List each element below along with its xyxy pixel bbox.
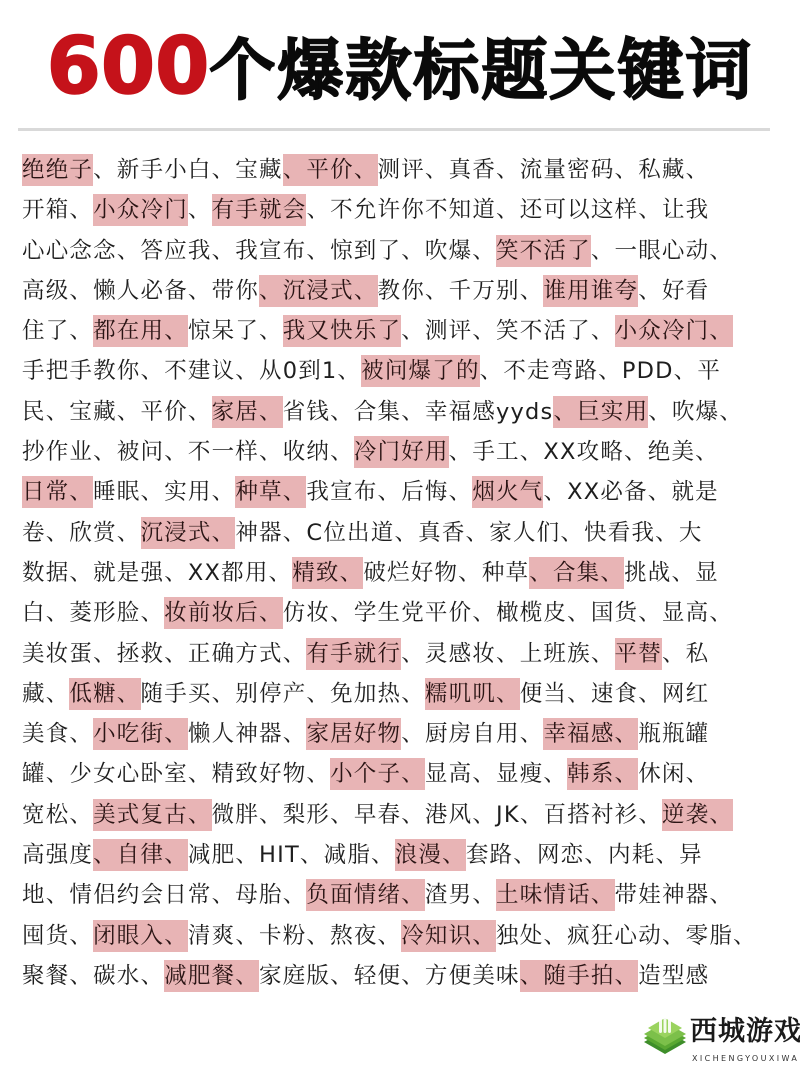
highlighted-keyword: 绝绝子: [22, 154, 93, 186]
keyword-text: 减肥、HIT、减脂、: [188, 839, 395, 871]
keyword-text: 高级、懒人必备、带你: [22, 275, 259, 307]
keyword-text: 聚餐、碳水、: [22, 960, 164, 992]
keyword-text: 、私: [662, 638, 709, 670]
keyword-text: 、手工、XX攻略、绝美、: [449, 436, 719, 468]
highlighted-keyword: 日常、: [22, 476, 93, 508]
keyword-text: 家庭版、轻便、方便美味: [259, 960, 520, 992]
highlighted-keyword: 、沉浸式、: [259, 275, 378, 307]
keyword-text: 、测评、笑不活了、: [401, 315, 614, 347]
keyword-text: 高强度: [22, 839, 93, 871]
highlighted-keyword: 、合集、: [529, 557, 624, 589]
highlighted-keyword: 种草、: [235, 476, 306, 508]
keyword-line: 美食、小吃街、懒人神器、家居好物、厨房自用、幸福感、瓶瓶罐: [22, 714, 782, 754]
keyword-text: 囤货、: [22, 920, 93, 952]
keyword-line: 宽松、美式复古、微胖、梨形、早春、港风、JK、百搭衬衫、逆袭、: [22, 795, 782, 835]
keyword-text: 休闲、: [638, 758, 709, 790]
highlighted-keyword: 闭眼入、: [93, 920, 188, 952]
keyword-text: 、好看: [638, 275, 709, 307]
keyword-text: 、吹爆、: [648, 396, 743, 428]
keyword-text: 、XX必备、就是: [543, 476, 718, 508]
highlighted-keyword: 、自律、: [93, 839, 188, 871]
keyword-text: 挑战、显: [624, 557, 719, 589]
keyword-line: 藏、低糖、随手买、别停产、免加热、糯叽叽、便当、速食、网红: [22, 674, 782, 714]
keyword-text: 数据、就是强、XX都用、: [22, 557, 292, 589]
title-divider: [18, 128, 770, 131]
highlighted-keyword: 被问爆了的: [361, 355, 480, 387]
highlighted-keyword: 冷知识、: [401, 920, 496, 952]
keyword-text: 地、情侣约会日常、母胎、: [22, 879, 306, 911]
keyword-text: 民、宝藏、平价、: [22, 396, 212, 428]
highlighted-keyword: 小个子、: [330, 758, 425, 790]
keyword-text: 便当、速食、网红: [520, 678, 710, 710]
keyword-text: 我宣布、后悔、: [306, 476, 472, 508]
keyword-text: 独处、疯狂心动、零脂、: [496, 920, 757, 952]
grain-logo-icon: [642, 1016, 688, 1062]
highlighted-keyword: 谁用谁夸: [543, 275, 638, 307]
highlighted-keyword: 低糖、: [69, 678, 140, 710]
highlighted-keyword: 我又快乐了: [283, 315, 402, 347]
highlighted-keyword: 小众冷门: [93, 194, 188, 226]
keyword-text: 懒人神器、: [188, 718, 307, 750]
highlighted-keyword: 逆袭、: [662, 799, 733, 831]
keyword-text: 宽松、: [22, 799, 93, 831]
keyword-line: 开箱、小众冷门、有手就会、不允许你不知道、还可以这样、让我: [22, 190, 782, 230]
highlighted-keyword: 平替: [615, 638, 662, 670]
highlighted-keyword: 有手就行: [306, 638, 401, 670]
keyword-line: 高级、懒人必备、带你、沉浸式、教你、千万别、谁用谁夸、好看: [22, 271, 782, 311]
keyword-text: 开箱、: [22, 194, 93, 226]
keyword-text: 造型感: [638, 960, 709, 992]
highlighted-keyword: 都在用、: [93, 315, 188, 347]
keyword-text: 套路、网恋、内耗、异: [466, 839, 703, 871]
keyword-text: 罐、少女心卧室、精致好物、: [22, 758, 330, 790]
highlighted-keyword: 美式复古、: [93, 799, 212, 831]
keyword-line: 聚餐、碳水、减肥餐、家庭版、轻便、方便美味、随手拍、造型感: [22, 956, 782, 996]
highlighted-keyword: 、平价、: [283, 154, 378, 186]
watermark: 西城游戏网 XICHENGYOUXIWANG: [640, 1010, 800, 1075]
keyword-text: 破烂好物、种草: [363, 557, 529, 589]
keyword-line: 地、情侣约会日常、母胎、负面情绪、渣男、土味情话、带娃神器、: [22, 875, 782, 915]
keyword-line: 高强度、自律、减肥、HIT、减脂、浪漫、套路、网恋、内耗、异: [22, 835, 782, 875]
keyword-line: 罐、少女心卧室、精致好物、小个子、显高、显瘦、韩系、休闲、: [22, 754, 782, 794]
keyword-line: 白、菱形脸、妆前妆后、仿妆、学生党平价、橄榄皮、国货、显高、: [22, 593, 782, 633]
keyword-line: 数据、就是强、XX都用、精致、破烂好物、种草、合集、挑战、显: [22, 553, 782, 593]
keyword-text: 教你、千万别、: [378, 275, 544, 307]
highlighted-keyword: 减肥餐、: [164, 960, 259, 992]
keyword-text: 仿妆、学生党平价、橄榄皮、国货、显高、: [283, 597, 733, 629]
keyword-text: 、不走弯路、PDD、平: [480, 355, 721, 387]
highlighted-keyword: 浪漫、: [395, 839, 466, 871]
keyword-text: 美妆蛋、拯救、正确方式、: [22, 638, 306, 670]
keyword-text: 卷、欣赏、: [22, 517, 141, 549]
keyword-text: 白、菱形脸、: [22, 597, 164, 629]
keyword-text: 、厨房自用、: [401, 718, 543, 750]
keyword-line: 抄作业、被问、不一样、收纳、冷门好用、手工、XX攻略、绝美、: [22, 432, 782, 472]
highlighted-keyword: 有手就会: [212, 194, 307, 226]
keyword-text: 微胖、梨形、早春、港风、JK、百搭衬衫、: [212, 799, 662, 831]
keyword-text: 藏、: [22, 678, 69, 710]
page-title: 600个爆款标题关键词: [0, 22, 800, 116]
keyword-line: 手把手教你、不建议、从0到1、被问爆了的、不走弯路、PDD、平: [22, 351, 782, 391]
highlighted-keyword: 幸福感、: [543, 718, 638, 750]
keyword-text: 、一眼心动、: [591, 235, 733, 267]
keyword-line: 绝绝子、新手小白、宝藏、平价、测评、真香、流量密码、私藏、: [22, 150, 782, 190]
keyword-text: 抄作业、被问、不一样、收纳、: [22, 436, 354, 468]
keyword-text: 带娃神器、: [615, 879, 734, 911]
keyword-text: 手把手教你、不建议、从0到1、: [22, 355, 361, 387]
watermark-name: 西城游戏网: [690, 1016, 800, 1048]
keyword-line: 囤货、闭眼入、清爽、卡粉、熬夜、冷知识、独处、疯狂心动、零脂、: [22, 916, 782, 956]
keyword-line: 卷、欣赏、沉浸式、神器、C位出道、真香、家人们、快看我、大: [22, 513, 782, 553]
highlighted-keyword: 糯叽叽、: [425, 678, 520, 710]
highlighted-keyword: 、随手拍、: [520, 960, 639, 992]
keyword-text: 省钱、合集、幸福感yyds: [283, 396, 554, 428]
keyword-text: 睡眠、实用、: [93, 476, 235, 508]
keyword-text: 瓶瓶罐: [638, 718, 709, 750]
keyword-text: 随手买、别停产、免加热、: [141, 678, 425, 710]
keyword-text: 显高、显瘦、: [425, 758, 567, 790]
highlighted-keyword: 负面情绪、: [306, 879, 425, 911]
keyword-list: 绝绝子、新手小白、宝藏、平价、测评、真香、流量密码、私藏、开箱、小众冷门、有手就…: [22, 150, 782, 996]
highlighted-keyword: 精致、: [292, 557, 363, 589]
keyword-line: 日常、睡眠、实用、种草、我宣布、后悔、烟火气、XX必备、就是: [22, 472, 782, 512]
highlighted-keyword: 冷门好用: [354, 436, 449, 468]
highlighted-keyword: 家居好物: [306, 718, 401, 750]
keyword-text: 、灵感妆、上班族、: [401, 638, 614, 670]
highlighted-keyword: 土味情话、: [496, 879, 615, 911]
title-text: 个爆款标题关键词: [209, 32, 753, 109]
keyword-text: 美食、: [22, 718, 93, 750]
watermark-pinyin: XICHENGYOUXIWANG: [692, 1054, 800, 1063]
keyword-line: 美妆蛋、拯救、正确方式、有手就行、灵感妆、上班族、平替、私: [22, 634, 782, 674]
keyword-text: 清爽、卡粉、熬夜、: [188, 920, 401, 952]
highlighted-keyword: 笑不活了: [496, 235, 591, 267]
keyword-text: 心心念念、答应我、我宣布、惊到了、吹爆、: [22, 235, 496, 267]
keyword-line: 住了、都在用、惊呆了、我又快乐了、测评、笑不活了、小众冷门、: [22, 311, 782, 351]
keyword-text: 、: [188, 194, 212, 226]
keyword-text: 测评、真香、流量密码、私藏、: [378, 154, 710, 186]
highlighted-keyword: 韩系、: [567, 758, 638, 790]
highlighted-keyword: 沉浸式、: [141, 517, 236, 549]
keyword-line: 心心念念、答应我、我宣布、惊到了、吹爆、笑不活了、一眼心动、: [22, 231, 782, 271]
highlighted-keyword: 小众冷门、: [615, 315, 734, 347]
keyword-text: 惊呆了、: [188, 315, 283, 347]
highlighted-keyword: 家居、: [212, 396, 283, 428]
highlighted-keyword: 、巨实用: [553, 396, 648, 428]
title-number: 600: [47, 22, 210, 112]
keyword-text: 、不允许你不知道、还可以这样、让我: [306, 194, 709, 226]
keyword-text: 、新手小白、宝藏: [93, 154, 283, 186]
keyword-text: 渣男、: [425, 879, 496, 911]
keyword-text: 神器、C位出道、真香、家人们、快看我、大: [235, 517, 702, 549]
highlighted-keyword: 小吃街、: [93, 718, 188, 750]
keyword-text: 住了、: [22, 315, 93, 347]
keyword-line: 民、宝藏、平价、家居、省钱、合集、幸福感yyds、巨实用、吹爆、: [22, 392, 782, 432]
highlighted-keyword: 妆前妆后、: [164, 597, 283, 629]
highlighted-keyword: 烟火气: [472, 476, 543, 508]
